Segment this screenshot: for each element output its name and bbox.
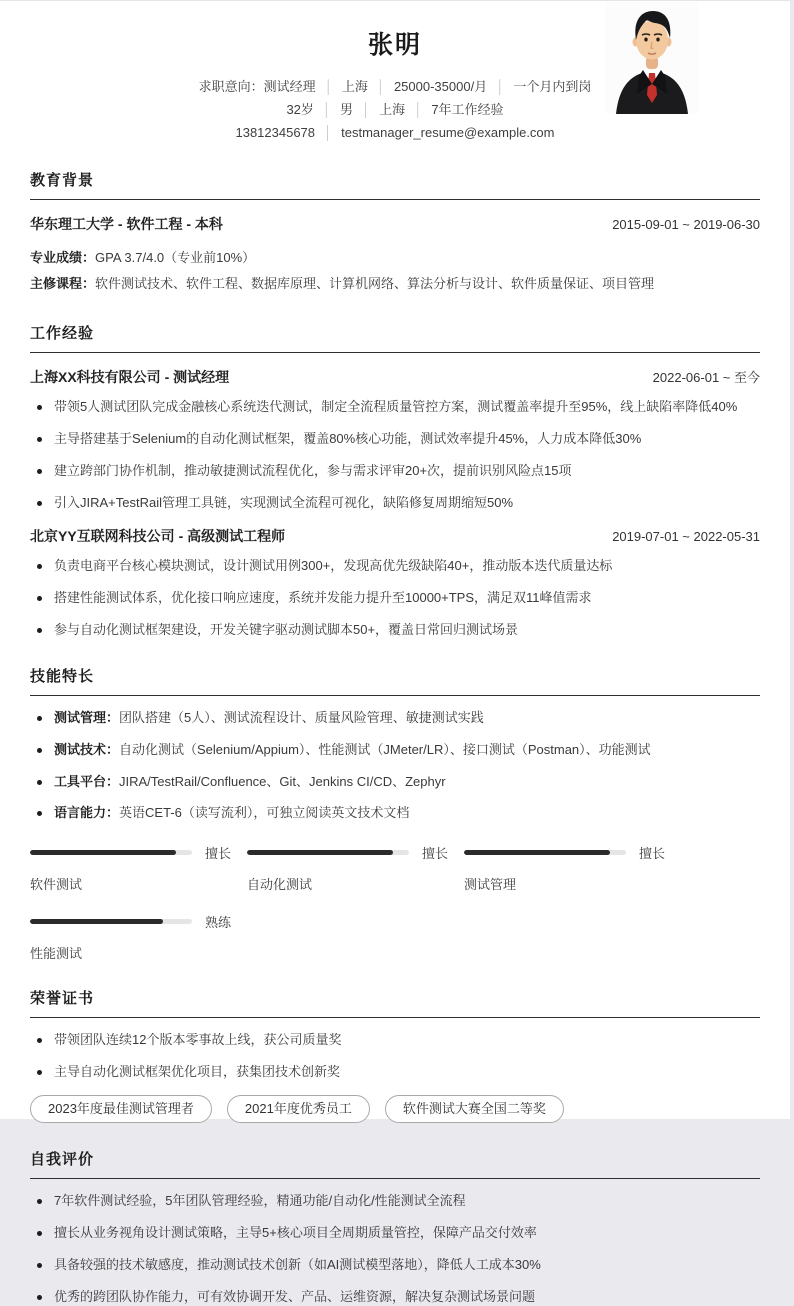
skill-bar-performance-testing: 熟练 性能测试 bbox=[30, 912, 247, 962]
skill-name: 软件测试 bbox=[30, 874, 247, 893]
skill-bar-track bbox=[30, 850, 192, 855]
school-degree: 华东理工大学 - 软件工程 - 本科 bbox=[30, 214, 223, 234]
skill-bars-grid: 擅长 软件测试 擅长 自动化测试 擅长 测试管理 bbox=[30, 843, 760, 962]
profile-photo bbox=[606, 2, 698, 114]
intent-position: 测试经理 bbox=[264, 79, 316, 94]
bullet-dot bbox=[37, 811, 42, 816]
skill-bullet: 语言能力：英语CET-6（读写流利），可独立阅读英文技术文档 bbox=[30, 804, 760, 823]
skill-name: 自动化测试 bbox=[247, 874, 464, 893]
skill-bar-fill bbox=[247, 850, 393, 855]
skill-bar-fill bbox=[30, 919, 163, 924]
skill-name: 性能测试 bbox=[30, 943, 247, 962]
skill-bar-software-testing: 擅长 软件测试 bbox=[30, 843, 247, 893]
bullet-dot bbox=[37, 564, 42, 569]
separator: │ bbox=[323, 102, 331, 117]
job-bullet: 建立跨部门协作机制，推动敏捷测试流程优化，参与需求评审20+次，提前识别风险点1… bbox=[30, 462, 760, 481]
skill-bar-test-management: 擅长 测试管理 bbox=[464, 843, 681, 893]
intent-label: 求职意向： bbox=[199, 79, 264, 94]
job-title: 上海XX科技有限公司 - 测试经理 bbox=[30, 367, 229, 387]
skill-bullet: 工具平台：JIRA/TestRail/Confluence、Git、Jenkin… bbox=[30, 773, 760, 792]
badge-excellent-employee: 2021年度优秀员工 bbox=[227, 1095, 370, 1123]
skill-level-label: 擅长 bbox=[422, 843, 448, 862]
section-education: 教育背景 华东理工大学 - 软件工程 - 本科 2015-09-01 ~ 201… bbox=[30, 169, 760, 297]
city: 上海 bbox=[379, 102, 405, 117]
resume-page: 张明 求职意向：测试经理│上海│25000-35000/月│一个月内到岗 32岁… bbox=[0, 0, 790, 1119]
separator: │ bbox=[377, 79, 385, 94]
job-bullet: 参与自动化测试框架建设，开发关键字驱动测试脚本50+，覆盖日常回归测试场景 bbox=[30, 621, 760, 640]
bullet-dot bbox=[37, 596, 42, 601]
courses-row: 主修课程：软件测试技术、软件工程、数据库原理、计算机网络、算法分析与设计、软件质… bbox=[30, 271, 760, 297]
bullet-dot bbox=[37, 628, 42, 633]
badge-best-test-manager: 2023年度最佳测试管理者 bbox=[30, 1095, 212, 1123]
phone-number: 13812345678 bbox=[235, 125, 315, 140]
bullet-dot bbox=[37, 780, 42, 785]
section-title-skills: 技能特长 bbox=[30, 665, 760, 696]
job-date-range: 2022-06-01 ~ 至今 bbox=[653, 367, 760, 386]
email-address: testmanager_resume@example.com bbox=[341, 125, 554, 140]
job-bullet: 引入JIRA+TestRail管理工具链，实现测试全流程可视化，缺陷修复周期缩短… bbox=[30, 494, 760, 513]
skill-name: 测试管理 bbox=[464, 874, 681, 893]
section-honors: 荣誉证书 带领团队连续12个版本零事故上线，获公司质量奖 主导自动化测试框架优化… bbox=[30, 987, 760, 1123]
bullet-dot bbox=[37, 748, 42, 753]
education-date-range: 2015-09-01 ~ 2019-06-30 bbox=[612, 217, 760, 232]
skill-level-label: 擅长 bbox=[205, 843, 231, 862]
honor-bullet: 带领团队连续12个版本零事故上线，获公司质量奖 bbox=[30, 1031, 760, 1050]
job-bullet: 搭建性能测试体系，优化接口响应速度，系统并发能力提升至10000+TPS，满足双… bbox=[30, 589, 760, 608]
skill-bar-automation-testing: 擅长 自动化测试 bbox=[247, 843, 464, 893]
resume-header: 张明 求职意向：测试经理│上海│25000-35000/月│一个月内到岗 32岁… bbox=[30, 1, 760, 144]
skill-bar-track bbox=[247, 850, 409, 855]
skill-bullet: 测试管理：团队搭建（5人）、测试流程设计、质量风险管理、敏捷测试实践 bbox=[30, 709, 760, 728]
age: 32岁 bbox=[286, 102, 313, 117]
separator: │ bbox=[362, 102, 370, 117]
skill-level-label: 熟练 bbox=[205, 912, 231, 931]
bullet-dot bbox=[37, 469, 42, 474]
job-title: 北京YY互联网科技公司 - 高级测试工程师 bbox=[30, 526, 285, 546]
job-bullet: 负责电商平台核心模块测试，设计测试用例300+，发现高优先级缺陷40+，推动版本… bbox=[30, 557, 760, 576]
gpa-row: 专业成绩：GPA 3.7/4.0（专业前10%） bbox=[30, 245, 760, 271]
honor-bullet: 主导自动化测试框架优化项目，获集团技术创新奖 bbox=[30, 1063, 760, 1082]
job-entry-1: 上海XX科技有限公司 - 测试经理 2022-06-01 ~ 至今 bbox=[30, 367, 760, 387]
contact-line: 13812345678│testmanager_resume@example.c… bbox=[30, 121, 760, 144]
section-title-work: 工作经验 bbox=[30, 322, 760, 353]
job-entry-2: 北京YY互联网科技公司 - 高级测试工程师 2019-07-01 ~ 2022-… bbox=[30, 526, 760, 546]
section-title-honors: 荣誉证书 bbox=[30, 987, 760, 1018]
gender: 男 bbox=[340, 102, 353, 117]
separator: │ bbox=[496, 79, 504, 94]
job-date-range: 2019-07-01 ~ 2022-05-31 bbox=[612, 529, 760, 544]
intent-salary: 25000-35000/月 bbox=[394, 79, 487, 94]
skill-bar-fill bbox=[464, 850, 610, 855]
separator: │ bbox=[324, 125, 332, 140]
bullet-dot bbox=[37, 716, 42, 721]
intent-city: 上海 bbox=[342, 79, 368, 94]
section-work: 工作经验 上海XX科技有限公司 - 测试经理 2022-06-01 ~ 至今 带… bbox=[30, 322, 760, 640]
section-skills: 技能特长 测试管理：团队搭建（5人）、测试流程设计、质量风险管理、敏捷测试实践 … bbox=[30, 665, 760, 962]
skill-bullet: 测试技术：自动化测试（Selenium/Appium）、性能测试（JMeter/… bbox=[30, 741, 760, 760]
education-entry: 华东理工大学 - 软件工程 - 本科 2015-09-01 ~ 2019-06-… bbox=[30, 214, 760, 234]
portrait-avatar-icon bbox=[606, 2, 698, 114]
separator: │ bbox=[325, 79, 333, 94]
job-bullet: 主导搭建基于Selenium的自动化测试框架，覆盖80%核心功能，测试效率提升4… bbox=[30, 430, 760, 449]
bullet-dot bbox=[37, 501, 42, 506]
job-bullet: 带领5人测试团队完成金融核心系统迭代测试，制定全流程质量管控方案，测试覆盖率提升… bbox=[30, 398, 760, 417]
skill-level-label: 擅长 bbox=[639, 843, 665, 862]
experience-years: 7年工作经验 bbox=[431, 102, 503, 117]
bullet-dot bbox=[37, 437, 42, 442]
intent-availability: 一个月内到岗 bbox=[513, 79, 591, 94]
honor-badges: 2023年度最佳测试管理者 2021年度优秀员工 软件测试大赛全国二等奖 bbox=[30, 1095, 760, 1123]
separator: │ bbox=[414, 102, 422, 117]
skill-bar-fill bbox=[30, 850, 176, 855]
skill-bar-track bbox=[464, 850, 626, 855]
bullet-dot bbox=[37, 405, 42, 410]
section-title-education: 教育背景 bbox=[30, 169, 760, 200]
badge-contest-award: 软件测试大赛全国二等奖 bbox=[385, 1095, 564, 1123]
bullet-dot bbox=[37, 1070, 42, 1075]
bullet-dot bbox=[37, 1038, 42, 1043]
skill-bar-track bbox=[30, 919, 192, 924]
